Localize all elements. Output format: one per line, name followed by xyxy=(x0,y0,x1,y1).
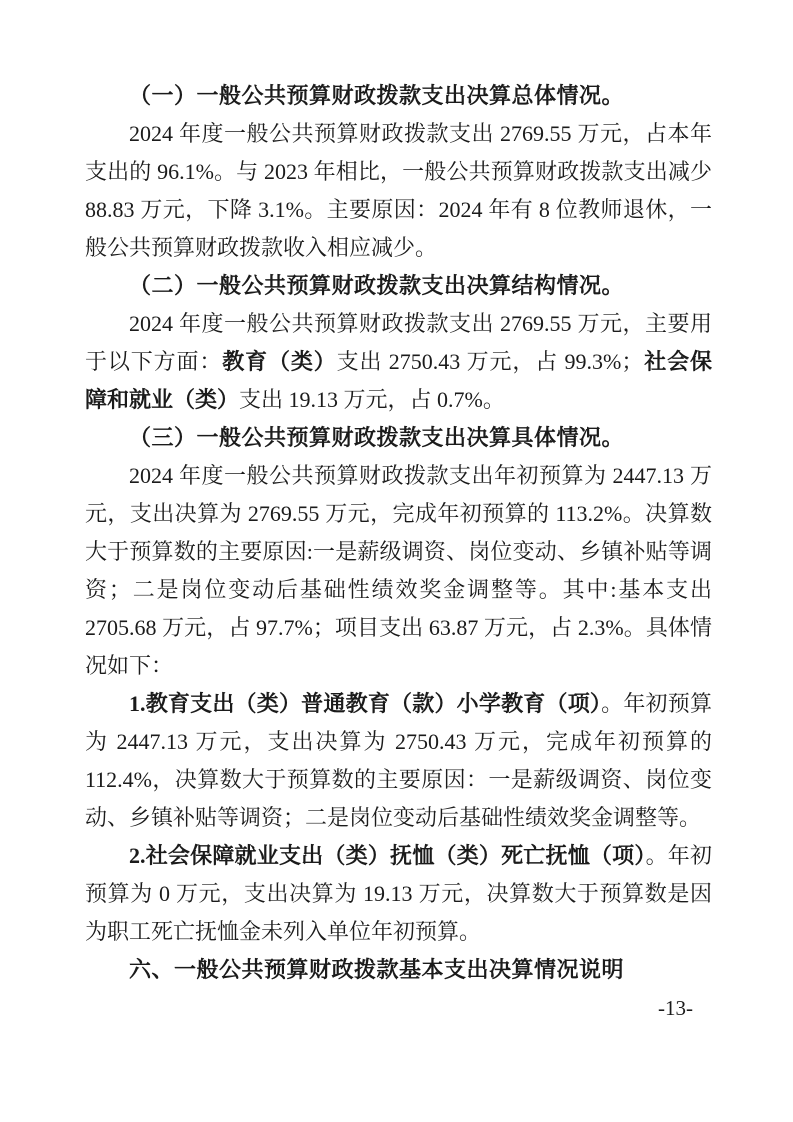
paragraph-item-1-education: 1.教育支出（类）普通教育（款）小学教育（项）。年初预算为 2447.13 万元… xyxy=(85,685,712,837)
paragraph-specific-situation: 2024 年度一般公共预算财政拨款支出年初预算为 2447.13 万元，支出决算… xyxy=(85,457,712,685)
text-run-bold-education-category: 教育（类） xyxy=(222,349,336,374)
text-run: 支出 19.13 万元，占 0.7%。 xyxy=(239,387,505,412)
heading-subsection-2: （二）一般公共预算财政拨款支出决算结构情况。 xyxy=(85,267,712,305)
heading-subsection-1: （一）一般公共预算财政拨款支出决算总体情况。 xyxy=(85,77,712,115)
paragraph-item-2-social-security: 2.社会保障就业支出（类）抚恤（类）死亡抚恤（项）。年初预算为 0 万元，支出决… xyxy=(85,837,712,951)
heading-subsection-3: （三）一般公共预算财政拨款支出决算具体情况。 xyxy=(85,419,712,457)
text-run-bold-item-1-title: 1.教育支出（类）普通教育（款）小学教育（项） xyxy=(129,691,601,716)
document-page: （一）一般公共预算财政拨款支出决算总体情况。 2024 年度一般公共预算财政拨款… xyxy=(0,0,793,1122)
paragraph-structure-situation: 2024 年度一般公共预算财政拨款支出 2769.55 万元，主要用于以下方面：… xyxy=(85,305,712,419)
text-run: 支出 2750.43 万元，占 99.3%； xyxy=(337,349,644,374)
document-content: （一）一般公共预算财政拨款支出决算总体情况。 2024 年度一般公共预算财政拨款… xyxy=(85,77,712,989)
text-run-bold-item-2-title: 2.社会保障就业支出（类）抚恤（类）死亡抚恤（项） xyxy=(129,843,646,868)
paragraph-overall-situation: 2024 年度一般公共预算财政拨款支出 2769.55 万元，占本年支出的 96… xyxy=(85,115,712,267)
page-number: -13- xyxy=(658,989,693,1027)
heading-section-6: 六、一般公共预算财政拨款基本支出决算情况说明 xyxy=(85,951,712,989)
